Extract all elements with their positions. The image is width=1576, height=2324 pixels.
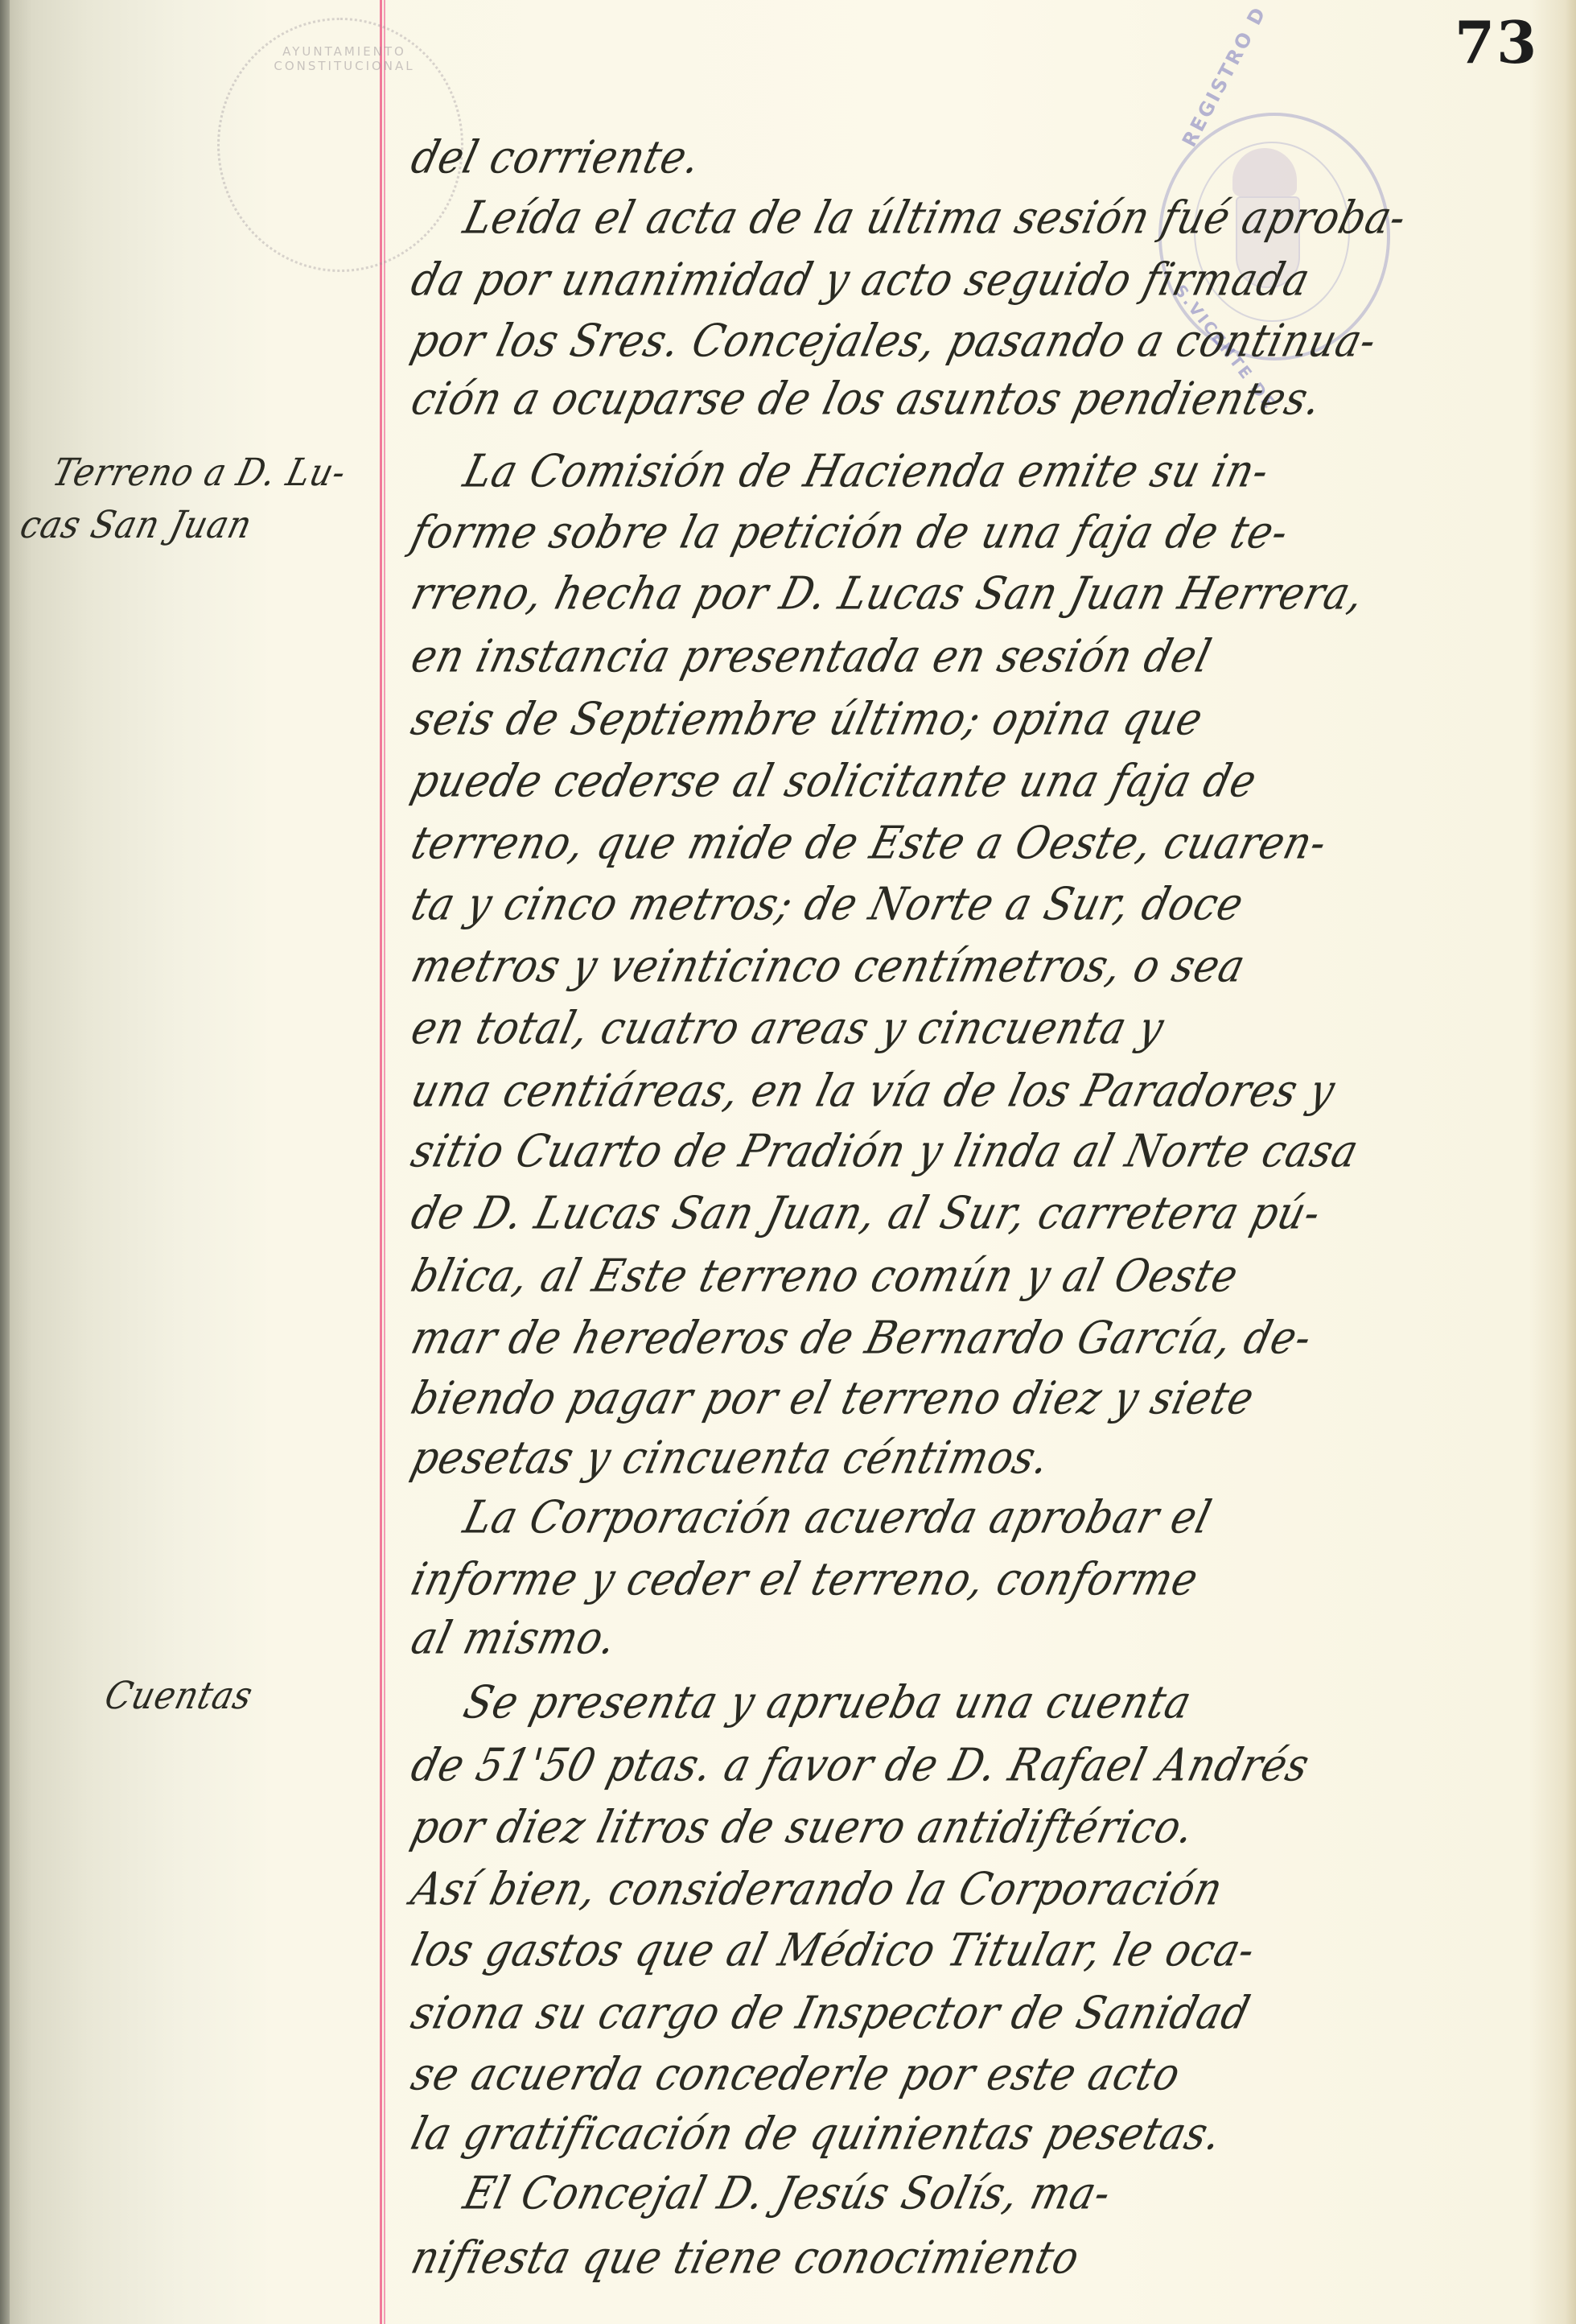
body-line: metros y veinticinco centímetros, o sea <box>406 940 1251 992</box>
body-line: de 51'50 ptas. a favor de D. Rafael Andr… <box>406 1739 1315 1791</box>
body-line: rreno, hecha por D. Lucas San Juan Herre… <box>406 567 1370 620</box>
body-line: en instancia presentada en sesión del <box>406 630 1216 682</box>
margin-note-line: Cuentas <box>101 1673 257 1717</box>
body-line: pesetas y cincuenta céntimos. <box>406 1432 1055 1484</box>
body-line: Se presenta y aprueba una cuenta <box>459 1676 1197 1729</box>
body-line: la gratificación de quinientas pesetas. <box>406 2108 1228 2160</box>
body-line: en total, cuatro areas y cincuenta y <box>406 1002 1170 1054</box>
body-line: informe y ceder el terreno, conforme <box>406 1553 1204 1605</box>
body-line: de D. Lucas San Juan, al Sur, carretera … <box>406 1187 1327 1239</box>
body-line: nifiesta que tiene conocimiento <box>406 2231 1085 2284</box>
book-gutter-edge <box>0 0 10 2324</box>
body-line: una centiáreas, en la vía de los Parador… <box>406 1065 1341 1117</box>
body-line: seis de Septiembre último; opina que <box>406 693 1208 745</box>
body-line: puede cederse al solicitante una faja de <box>406 755 1262 807</box>
body-line: del corriente. <box>406 131 706 183</box>
margin-note-line: cas San Juan <box>16 502 257 546</box>
body-line: se acuerda concederle por este acto <box>406 2048 1186 2100</box>
margin-note-line: Terreno a D. Lu- <box>48 450 351 494</box>
stamp-text: AYUNTAMIENTO CONSTITUCIONAL <box>252 44 437 73</box>
margin-rule-line <box>380 0 382 2324</box>
body-line: El Concejal D. Jesús Solís, ma- <box>459 2167 1117 2219</box>
body-line: blica, al Este terreno común y al Oeste <box>406 1250 1244 1302</box>
body-line: siona su cargo de Inspector de Sanidad <box>406 1987 1256 2039</box>
body-line: ta y cinco metros; de Norte a Sur, doce <box>406 878 1249 930</box>
body-line: por diez litros de suero antidiftérico. <box>406 1801 1200 1853</box>
body-line: al mismo. <box>406 1612 622 1664</box>
body-line: forme sobre la petición de una faja de t… <box>406 506 1294 558</box>
seal-ring-text-top: REGISTRO D <box>1178 2 1271 150</box>
body-line: terreno, que mide de Este a Oeste, cuare… <box>406 817 1332 869</box>
body-line: ción a ocuparse de los asuntos pendiente… <box>406 373 1327 425</box>
page-number: 73 <box>1455 8 1538 76</box>
body-line: Así bien, considerando la Corporación <box>406 1863 1228 1915</box>
body-line: biendo pagar por el terreno diez y siete <box>406 1372 1260 1424</box>
body-line: sitio Cuarto de Pradión y linda al Norte… <box>406 1125 1364 1177</box>
body-line: La Corporación acuerda aprobar el <box>459 1491 1217 1543</box>
margin-rule-line-secondary <box>384 0 385 2324</box>
body-line: La Comisión de Hacienda emite su in- <box>459 445 1275 497</box>
body-line: da por unanimidad y acto seguido firmada <box>406 253 1315 306</box>
body-line: los gastos que al Médico Titular, le oca… <box>406 1924 1261 1976</box>
body-line: mar de herederos de Bernardo García, de- <box>406 1312 1318 1364</box>
document-page: 73 AYUNTAMIENTO CONSTITUCIONAL REGISTRO … <box>0 0 1576 2324</box>
body-line: por los Sres. Concejales, pasando a cont… <box>406 315 1382 367</box>
body-line: Leída el acta de la última sesión fué ap… <box>459 192 1412 244</box>
